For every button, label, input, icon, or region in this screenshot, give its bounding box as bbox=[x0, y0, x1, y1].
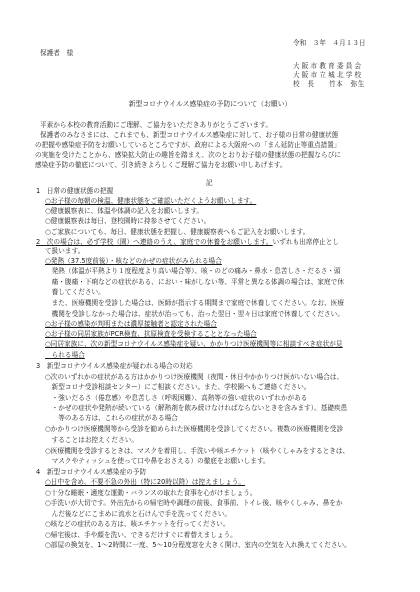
intro-line: 平素から本校の教育活動にご理解、ご協力をいただきありがとうございます。 bbox=[40, 121, 272, 129]
section-2-line: 養してください。 bbox=[45, 288, 105, 296]
section-2-line: 痛・腹痛・下痢などの症状がある、におい・味がしない等、平常と異なる体調の場合は、… bbox=[45, 278, 344, 286]
section-3-item: ○次のいずれかの症状がある方はかかりつけ医療機関（夜間・休日やかかりつけ医がいな… bbox=[45, 373, 343, 381]
section-2-item: ○発熱（37.5度前後）・咳などのかぜの症状がみられる場合 bbox=[45, 257, 222, 265]
section-2-item: ○お子様の感染が判明または濃厚接触者と認定された場合 bbox=[45, 320, 217, 328]
section-2-line: 機関を受診しなかった場合は、症状が治っても、治った翌日・翌々日は家庭で休養してく… bbox=[45, 310, 344, 318]
section-3-bullet: ・強いだるさ（倦怠感）や息苦しさ（呼吸困難）、高熱等の強い症状のいずれかがある bbox=[45, 394, 307, 402]
intro-line: 保護者のみなさまには、これまでも、新型コロナウイルス感染症に対して、お子様の日常… bbox=[40, 131, 338, 139]
section-4-item: ○十分な睡眠・適度な運動・バランスの取れた食事を心がけましょう。 bbox=[45, 489, 257, 497]
section-3-item: ○かかりつけ医療機関等から受診を勧められた医療機関を受診してください。複数の医療… bbox=[45, 425, 343, 433]
section-2-item: ○同居家族に、次の新型コロナウイルス感染症を疑い、かかりつけ医療機関等に相談すべ… bbox=[45, 340, 343, 348]
section-3-line: 等のある方は、これらの症状がある場合 bbox=[45, 414, 178, 422]
section-4-item: ○手洗いが大切です。外出先からの帰宅時や調理の前後、食事前、トイレ後、咳やくしゃ… bbox=[45, 499, 343, 507]
section-3-bullet: ・かぜの症状や発熱が続いている（解熱剤を飲み続けなければならないときを含みます）… bbox=[45, 404, 347, 412]
section-2-line: て扱います。 bbox=[45, 247, 84, 255]
section-heading-2-rest: いずれも出席停止とし bbox=[273, 238, 339, 246]
section-4-item: ○部屋の換気を、1～2時間に一度、5～10分程度窓を大きく開け、室内の空気を入れ… bbox=[45, 541, 351, 549]
section-heading-2: 2 次の場合は、必ず学校（園）へ連絡のうえ、家庭での休養をお願いします。いずれも… bbox=[36, 238, 339, 246]
section-3-item: ○医療機関を受診するときは、マスクを着用し、手洗いや咳エチケット（咳やくしゃみを… bbox=[45, 447, 349, 455]
section-2-line: また、医療機関を受診した場合は、医師が指示する期間まで家庭で休養してください。な… bbox=[45, 299, 344, 307]
sender-principal: 校 長 竹本 弥生 bbox=[293, 78, 365, 88]
section-4-line: んだ後などにこまめに流水と石けんで手を洗ってください。 bbox=[45, 510, 231, 518]
intro-line: 感染症予防の徹底について、引き続きよろしくご理解ご協力をお願い申しあげます。 bbox=[35, 161, 287, 169]
document-page: 令和 ３年 ４月１３日 保護者 様 大阪市教育委員会 大阪市立城北学校 校 長 … bbox=[0, 0, 420, 592]
document-date: 令和 ３年 ４月１３日 bbox=[293, 37, 366, 47]
intro-line: の把握や感染症予防をお願いしているところですが、政府による大阪府への「まん延防止… bbox=[35, 141, 341, 149]
section-1-item: ○ご家族についても、毎日、健康状態を把握し、健康観察表へもご記入をお願いします。 bbox=[45, 228, 309, 236]
document-title: 新型コロナウイルス感染症の予防について（お願い） bbox=[0, 98, 420, 108]
section-heading-4: 4 新型コロナウイルス感染症の予防 bbox=[36, 468, 146, 476]
section-3-line: マスクやティッシュを使って口や鼻をおさえる）の徹底をお願いします。 bbox=[45, 457, 270, 465]
section-heading-2-underlined: 2 次の場合は、必ず学校（園）へ連絡のうえ、家庭での休養をお願いします。 bbox=[36, 238, 273, 246]
section-2-item: られる場合 bbox=[45, 351, 85, 359]
section-4-item: ○帰宅後は、手や顔を洗い、できるだけすぐに着替えましょう。 bbox=[45, 531, 237, 539]
section-heading-3: 3 新型コロナウイルス感染症が疑われる場合の対応 bbox=[36, 362, 193, 370]
section-3-line: することはお控えください。 bbox=[45, 436, 138, 444]
ki-mark: 記 bbox=[206, 177, 213, 187]
addressee: 保護者 様 bbox=[40, 49, 73, 57]
section-3-line: 新型コロナ受診相談センター）にご相談ください。また、学校園へもご連絡ください。 bbox=[45, 383, 310, 391]
section-1-item: ○健康観察表は毎日、登校園時に持参させてください。 bbox=[45, 217, 210, 225]
section-1-item: ○健康観察表に、体温や体調の記入をお願いします。 bbox=[45, 207, 203, 215]
section-heading-1: 1 日常の健康状態の把握 bbox=[36, 187, 113, 195]
intro-line: の実施を受けたことから、感染拡大防止の趣旨を踏まえ、次のとおりお子様の健康状態の… bbox=[35, 151, 341, 159]
section-4-item: ○咳などの症状のある方は、咳エチケットを行ってください。 bbox=[45, 520, 230, 528]
section-1-item: ○お子様の毎朝の検温、健康状態をご確認いただくようお願いします。 bbox=[45, 197, 256, 205]
section-2-item: ○お子様の同居家族がPCR検査、抗原検査を受検することとなった場合 bbox=[45, 330, 257, 338]
section-4-item: ○日中を含め、不要不急の外出（特に20時以降）は控えましょう。 bbox=[45, 478, 245, 486]
section-2-line: 発熱（体温が平熱より１度程度より高い場合等）、咳・のどの痛み・鼻水・息苦しさ・だ… bbox=[45, 267, 341, 275]
